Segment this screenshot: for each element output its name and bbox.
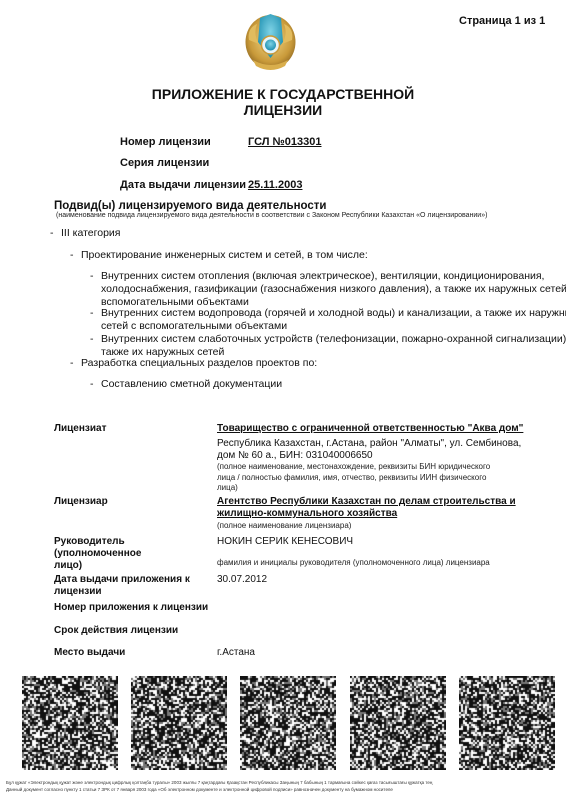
head-note: фамилия и инициалы руководителя (уполном…: [217, 558, 527, 569]
footer-legal-kz: Бұл құжат «Электрондық құжат және электр…: [6, 780, 432, 785]
place-label: Место выдачи: [54, 647, 209, 659]
licensor-note: (полное наименование лицензиара): [217, 521, 527, 532]
licensee-address: Республика Казахстан, г.Астана, район "А…: [217, 438, 537, 462]
appendix-date-value: 30.07.2012: [217, 574, 537, 586]
activity-list: - III категория - Проектирование инженер…: [0, 0, 566, 400]
appendix-date-label: Дата выдачи приложения к лицензии: [54, 574, 209, 598]
head-label: Руководитель (уполномоченное лицо): [54, 536, 209, 572]
licensee-note: (полное наименование, местонахождение, р…: [217, 462, 527, 494]
head-value: НОКИН СЕРИК КЕНЕСОВИЧ: [217, 536, 537, 548]
licensee-label: Лицензиат: [54, 423, 209, 435]
barcode-icon: [240, 676, 336, 770]
barcode-icon: [350, 676, 446, 770]
barcode-icon: [459, 676, 555, 770]
footer-legal-ru: Данный документ согласно пункту 1 статьи…: [6, 787, 393, 792]
appendix-number-label: Номер приложения к лицензии: [54, 602, 254, 614]
barcode-icon: [131, 676, 227, 770]
licensor-label: Лицензиар: [54, 496, 209, 508]
place-value: г.Астана: [217, 647, 537, 659]
barcode-icon: [22, 676, 118, 770]
licensor-name: Агентство Республики Казахстан по делам …: [217, 496, 537, 520]
validity-label: Срок действия лицензии: [54, 625, 209, 637]
licensee-name: Товарищество с ограниченной ответственно…: [217, 423, 537, 435]
